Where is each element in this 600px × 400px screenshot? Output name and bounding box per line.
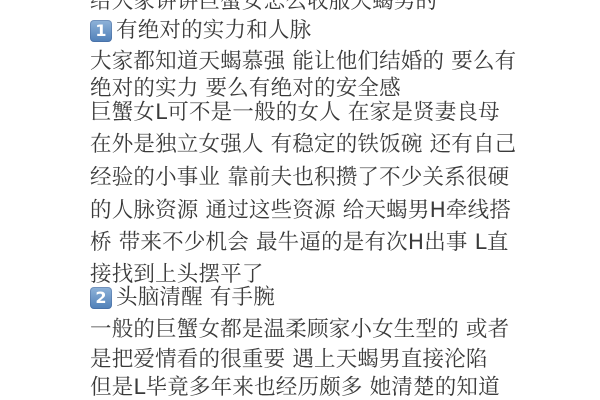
paragraph-line: 巨蟹女L可不是一般的女人 在家是贤妻良母: [90, 99, 500, 127]
paragraph-line: 桥 带来不少机会 最牛逼的是有次H出事 L直: [90, 229, 509, 257]
paragraph-line: 是把爱情看的很重要 遇上天蝎男直接沦陷: [90, 346, 488, 374]
section-heading-text: 头脑清醒 有手腕: [116, 285, 275, 310]
paragraph-line: 在外是独立女强人 有稳定的铁饭碗 还有自己: [90, 131, 516, 159]
paragraph-line: 的人脉资源 通过这些资源 给天蝎男H牵线搭: [90, 197, 511, 225]
keycap-1-icon: 1: [90, 20, 112, 42]
keycap-2-icon: 2: [90, 287, 112, 309]
paragraph-line: 经验的小事业 靠前夫也积攒了不少关系很硬: [90, 164, 509, 192]
section-heading-text: 有绝对的实力和人脉: [116, 18, 311, 43]
section-heading-1: 1有绝对的实力和人脉: [90, 17, 311, 45]
paragraph-line: 但是L毕竟多年来也经历颇多 她清楚的知道: [90, 374, 500, 400]
paragraph-line: 一般的巨蟹女都是温柔顾家小女生型的 或者: [90, 316, 509, 344]
intro-line: 给大家讲讲巨蟹女怎么收服天蝎男的: [90, 0, 437, 16]
section-heading-2: 2头脑清醒 有手腕: [90, 284, 275, 312]
paragraph-line: 大家都知道天蝎慕强 能让他们结婚的 要么有: [90, 48, 516, 76]
